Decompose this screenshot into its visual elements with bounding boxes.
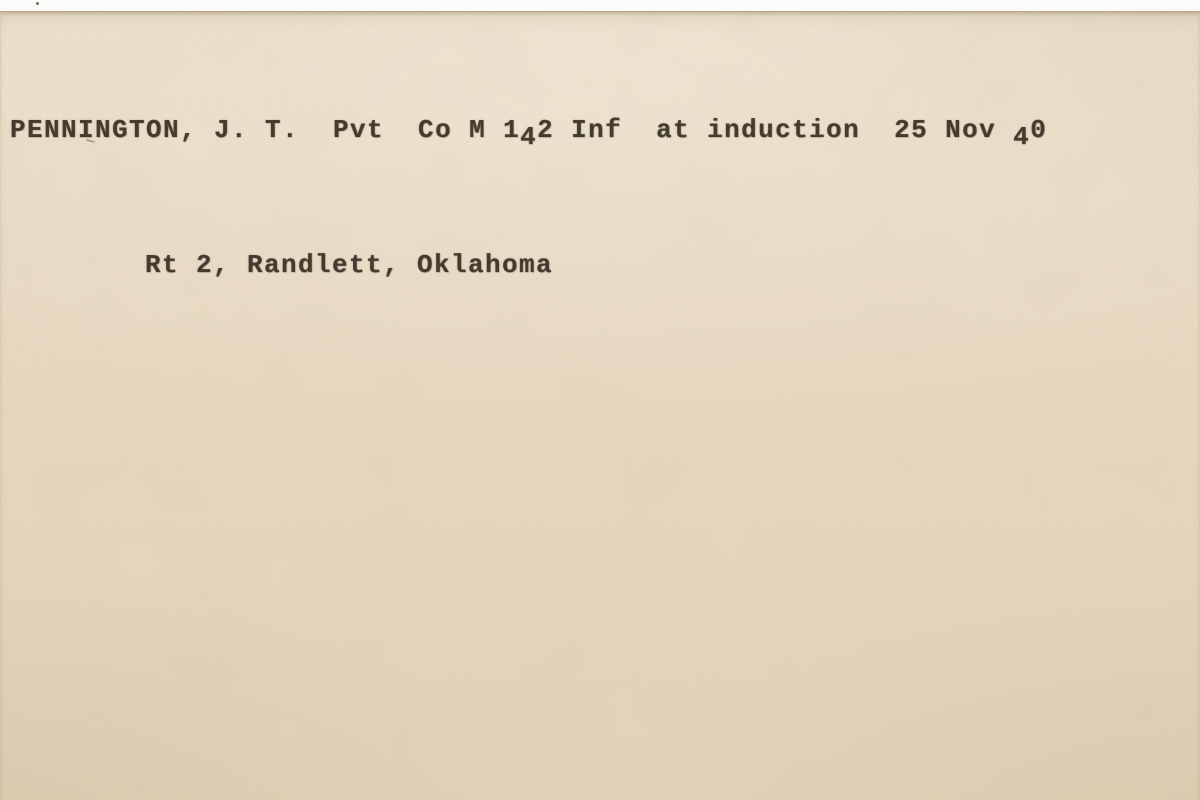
scan-margin-strip bbox=[0, 0, 1200, 11]
card-line-address: Rt 2, Randlett, Oklahoma bbox=[10, 243, 1047, 288]
typed-text-block: PENNINGTON, J. T. Pvt Co M 142 Inf at in… bbox=[10, 18, 1047, 333]
card-line-name-rank-unit: PENNINGTON, J. T. Pvt Co M 142 Inf at in… bbox=[10, 108, 1047, 153]
scanned-card-page: { "card": { "line1": "PENNINGTON, J. T. … bbox=[0, 0, 1200, 800]
scan-dust-speck bbox=[36, 2, 39, 5]
